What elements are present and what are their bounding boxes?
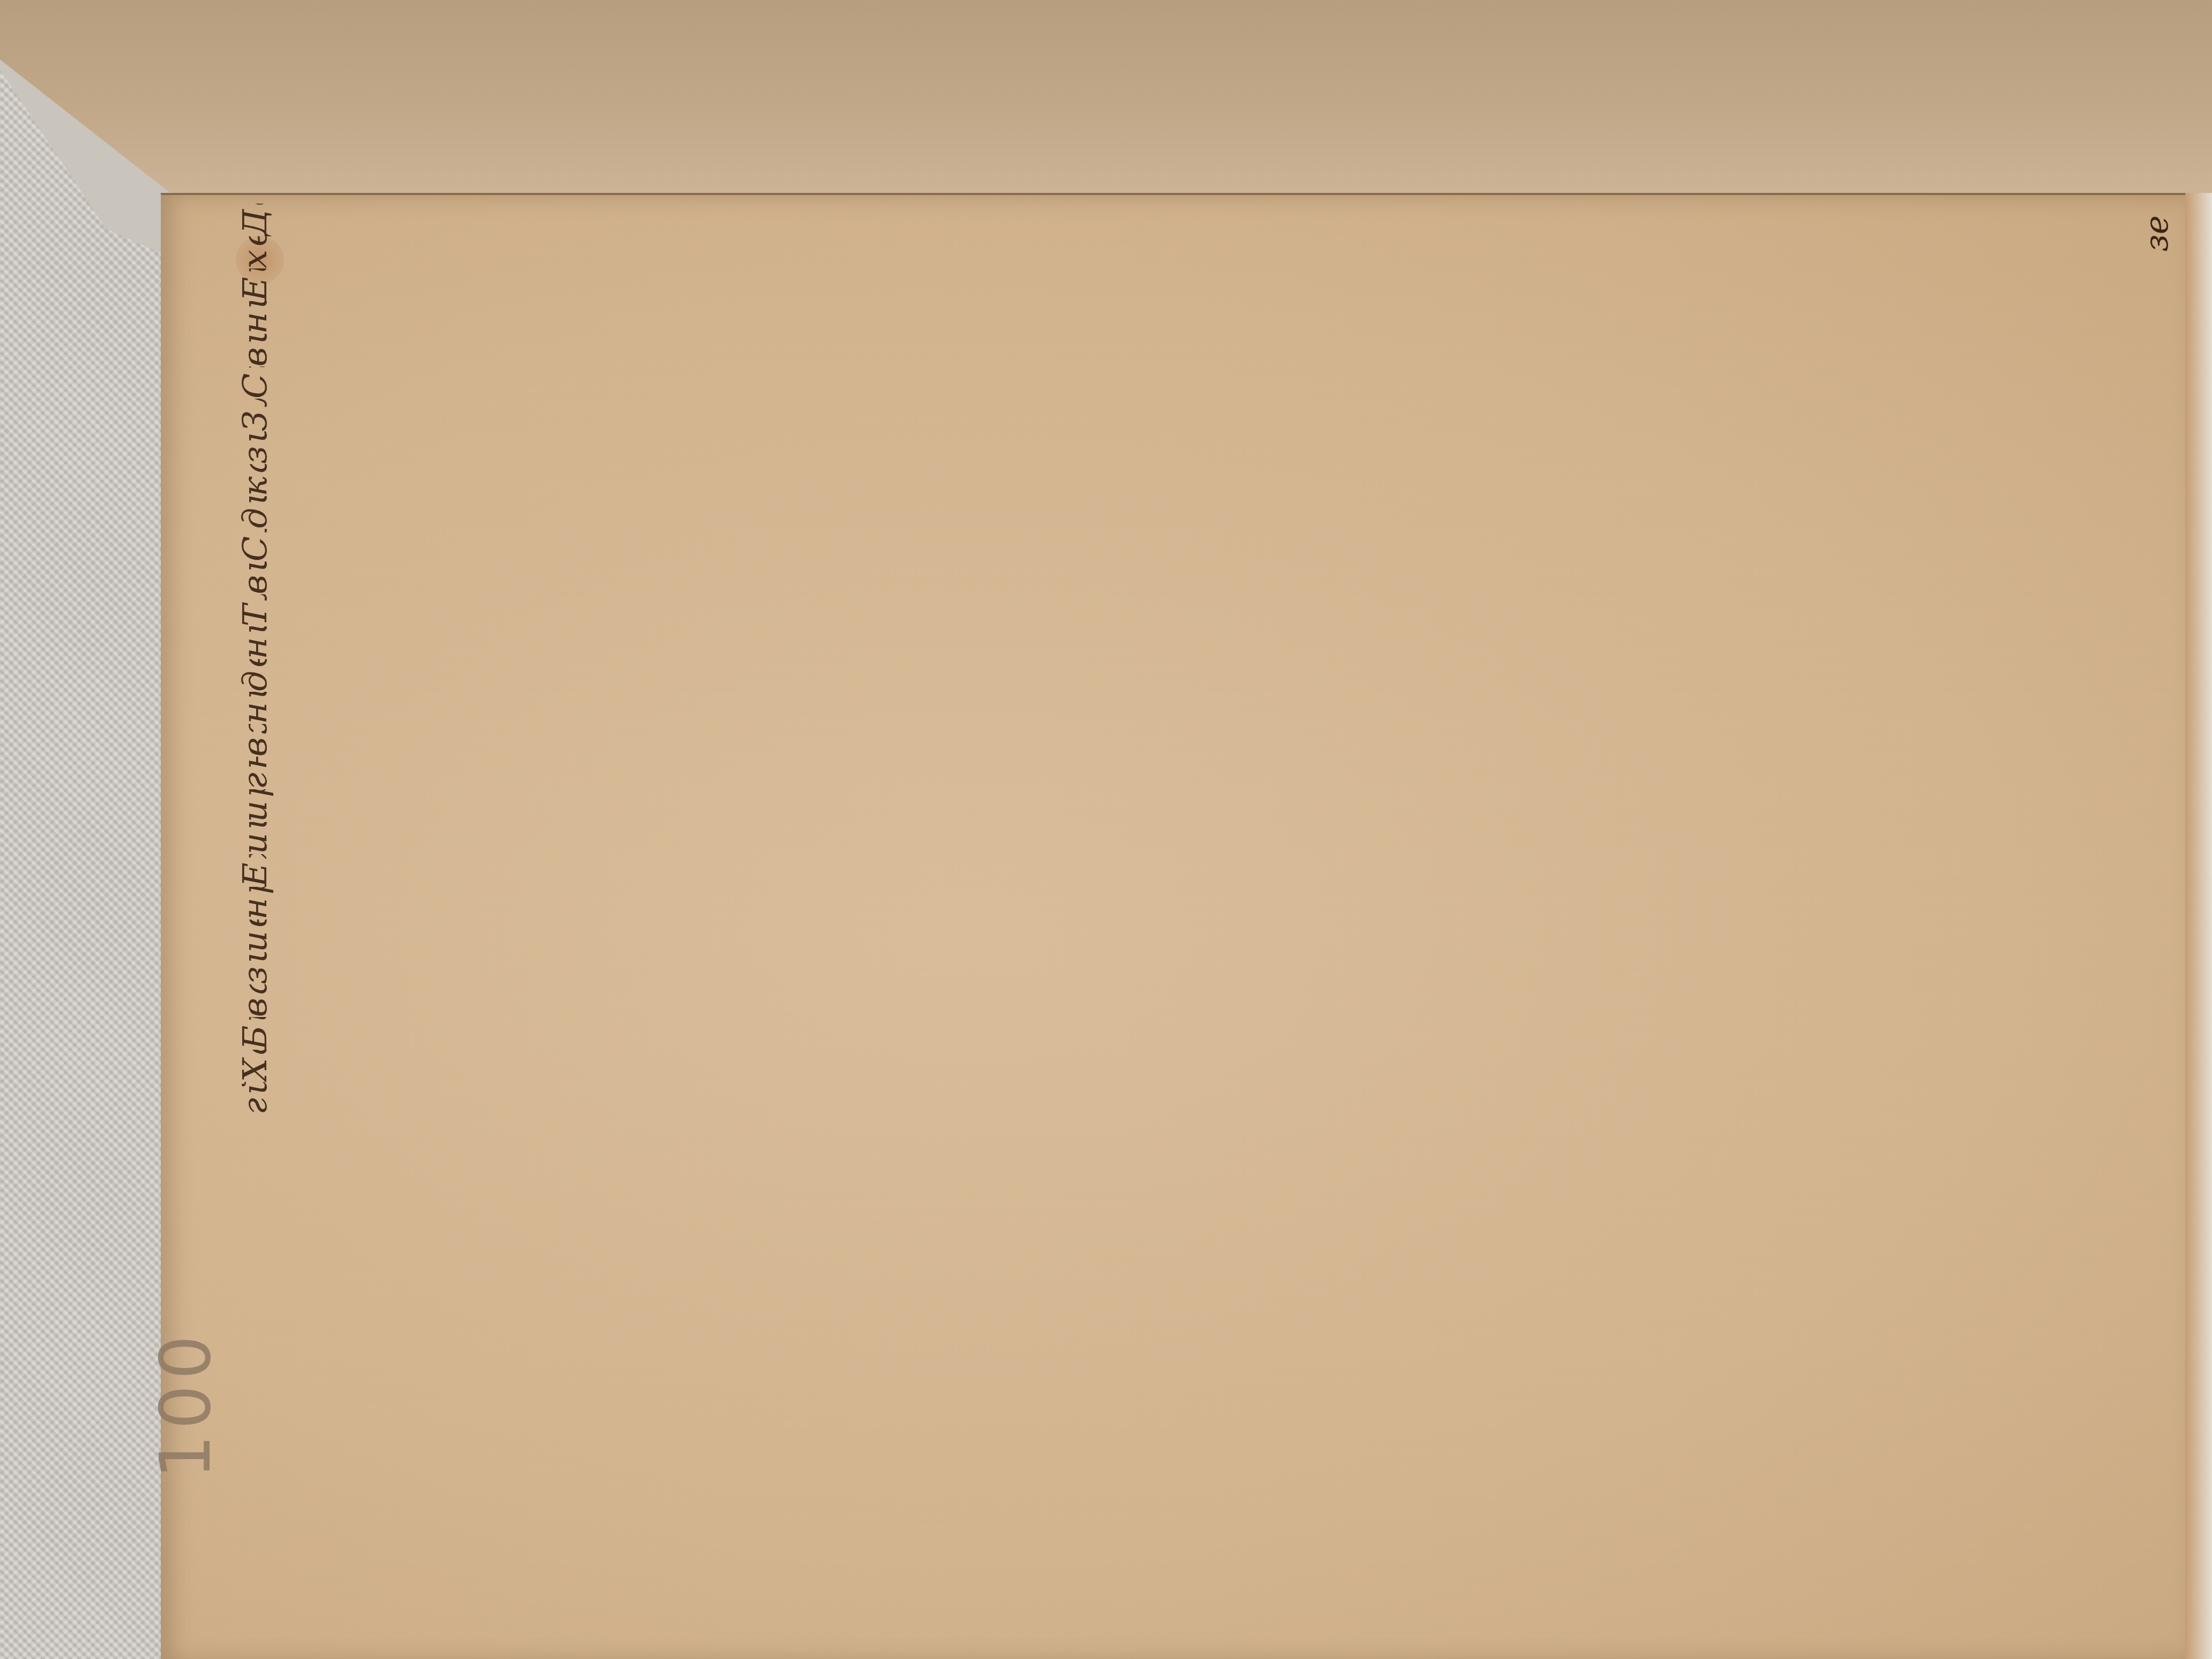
page-number: 100 bbox=[145, 1330, 226, 1479]
text-line: Злиг жо дер Сливий дл голорий; bbox=[225, 399, 2101, 431]
text-line: Бийz нийди смиижи, блиддирх bbox=[225, 1017, 2101, 1050]
catchword: зе bbox=[2138, 215, 2176, 252]
text-line: Ех ний, Ль фйи хиф иерг/фирадие, bbox=[225, 854, 2101, 887]
text-line: ниж савджи Кол мизарбе, дер и bbox=[225, 301, 2101, 334]
text-line: иржеви ри аззлри, Болшва явр bbox=[225, 789, 2101, 822]
text-line: ивриджий. Дини жиижл хр bbox=[225, 920, 2101, 952]
text-line: кайзийд дий Тадиж дер Оржиме bbox=[225, 464, 2101, 497]
text-line: вид бинцвере Оанджова Сид. bbox=[225, 334, 2101, 367]
text-line: Сляжи жирири вилд ииД ейи bbox=[225, 529, 2101, 562]
page-edge bbox=[2185, 193, 2212, 1659]
text-line: зимБойсд джизири пржа, bbox=[225, 431, 2101, 464]
text-line: нриджиз ниржил Блийдвл жор bbox=[225, 887, 2101, 920]
text-line: Дер Бойсд либ Гыу ала Клоцели bbox=[225, 204, 2101, 236]
text-line: зии Бамин дб Бойсд иий bbox=[225, 952, 2101, 985]
text-line: ийр дийз дий Олиниl вийиж, bbox=[225, 822, 2101, 855]
text-line: гнийи Кол ивв дер Оливдвл, bbox=[225, 757, 2101, 789]
text-line: нийнеl Гийцзи жилхи ив Сйи ижд bbox=[225, 626, 2101, 659]
book-cover-top bbox=[0, 0, 2212, 198]
text-line: дер Слрвий зии Бойсд зи жери, bbox=[225, 659, 2101, 692]
text-line: хесейжи; дер бийзе бирлинль bbox=[225, 236, 2101, 269]
handwritten-text-block: Дер Бойсд либ Гыу ала Клоцели хесейжи; д… bbox=[225, 204, 2101, 1115]
text-line: ний дер Лийиф, дер Бойсд живд bbox=[225, 692, 2101, 724]
text-line: Сиж Клоджиб, Бийз жон дер bbox=[225, 367, 2101, 399]
text-line: Хайдав дер Бойсд дийдриж bbox=[225, 1050, 2101, 1082]
text-line: вийВиа фйжиеd фйа дий Кригдие; bbox=[225, 562, 2101, 594]
text-line: Тлилр дий Слидл жирзлби. Сид bbox=[225, 594, 2101, 627]
text-line: вжийр ийf gi. Тиржи ижри ирйи bbox=[225, 724, 2101, 757]
text-line: диира Колвл зейсвлиии. Дер bbox=[225, 496, 2101, 529]
text-line: вауии дорр вай, Г жор Гижд ии. bbox=[225, 984, 2101, 1017]
text-line: гйи Вйi Уривви нвидий зодриу bbox=[225, 1082, 2101, 1115]
text-line: Ейрвиж нисБлл жор дин Оприффе bbox=[225, 268, 2101, 301]
